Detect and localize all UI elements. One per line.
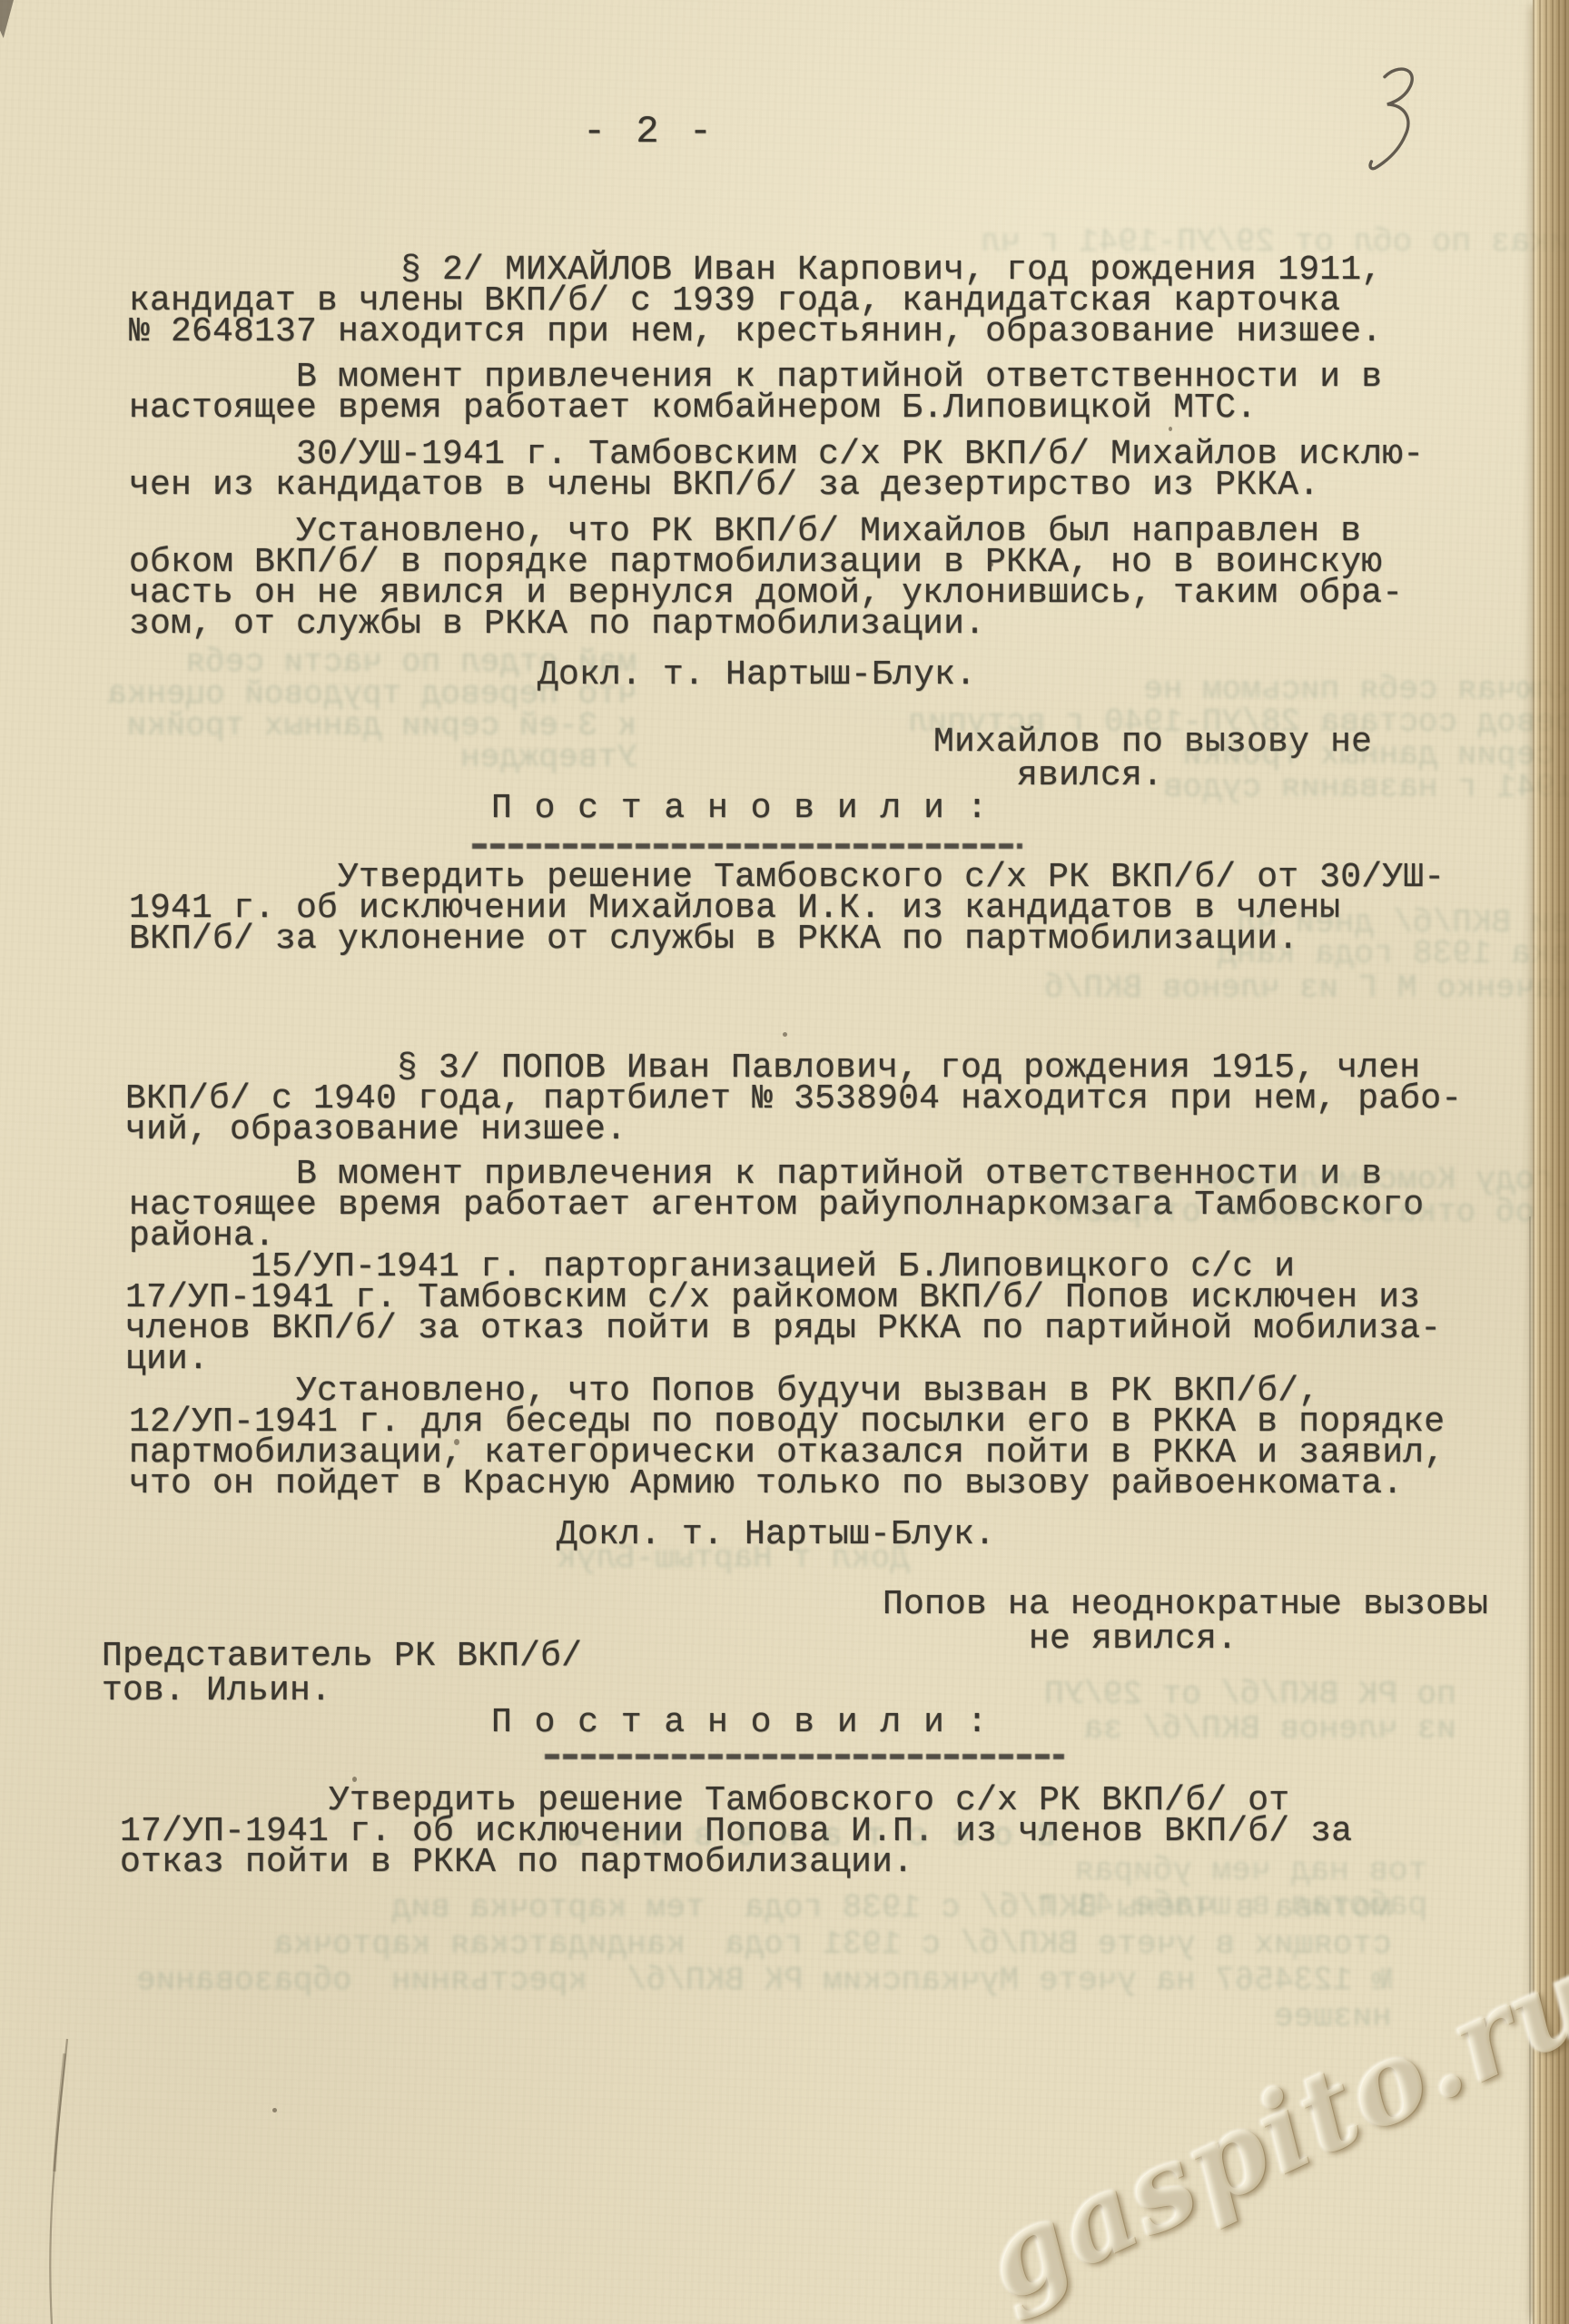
heading-underline-1: [472, 843, 1022, 849]
bleed-through-text: мотива в члены ВКП/б/ с 1938 года тем ка…: [136, 1890, 1392, 2035]
bleed-through-text: ской включая себя письмом не что перевод…: [908, 674, 1569, 804]
corner-smudge: [0, 0, 14, 38]
dust-speck: [1169, 427, 1172, 431]
paragraph-mikhailov-findings: Установлено, что РК ВКП/б/ Михайлов был …: [129, 517, 1403, 640]
bleed-through-text: 1941 г об исключении Ткаченко М Г из чле…: [1044, 973, 1569, 1004]
bleed-through-text: Докл т Нартыш-Блук: [557, 1543, 910, 1574]
heading-underline-2: [545, 1754, 1064, 1759]
dust-speck: [272, 2108, 277, 2112]
bleed-through-text: по РК ВКП/б/ от 29/УП из членов ВКП/б/ з…: [1044, 1678, 1456, 1747]
bleed-through-text: май отдел по части себя что перевод труд…: [107, 646, 636, 773]
bleed-through-text: ви ВКП/б/ дней чл вка 1938 года канд: [1217, 908, 1569, 970]
dust-speck: [783, 1032, 787, 1037]
paragraph-popov-intro: § 3/ ПОПОВ Иван Павлович, год рождения 1…: [125, 1053, 1462, 1146]
paragraph-mikhailov-work: В момент привлечения к партийной ответст…: [129, 362, 1382, 424]
paragraph-mikhailov-intro: § 2/ МИХАЙЛОВ Иван Карпович, год рождени…: [129, 255, 1382, 348]
representative-signature-block: Представитель РК ВКП/б/тов. Ильин.: [102, 1640, 582, 1709]
bleed-through-text: В о с с т а н о в и т ь: [563, 1821, 1056, 1852]
scanned-document-page: - 2 - 3 § 2/ МИХАЙЛОВ Иван Карпович, год…: [0, 0, 1569, 2324]
paragraph-mikhailov-exclusion: 30/УШ-1941 г. Тамбовским с/х РК ВКП/б/ М…: [129, 439, 1424, 501]
bleed-through-text: нев приказ по обл от 29/УП-1941 г чл: [981, 227, 1569, 258]
page-number: - 2 -: [583, 116, 715, 147]
handwritten-folio-number: 3: [1360, 62, 1442, 180]
note-popov-no-show: Попов на неоднократные вызовы не явился.: [883, 1588, 1488, 1657]
dust-speck: [990, 563, 993, 566]
paragraph-popov-exclusion: 15/УП-1941 г. парторганизацией Б.Липовиц…: [125, 1252, 1441, 1375]
dust-speck: [352, 1777, 357, 1782]
dust-speck: [454, 1439, 459, 1445]
page-edge-shadow-line: [1529, 1216, 1531, 2324]
bleed-through-text: горсовете в 1938 году Комсомольская вкла…: [1044, 1164, 1569, 1229]
paragraph-popov-findings: Установлено, что Попов будучи вызван в Р…: [129, 1376, 1445, 1500]
resolution-heading-2: П о с т а н о в и л и :: [491, 1708, 989, 1738]
